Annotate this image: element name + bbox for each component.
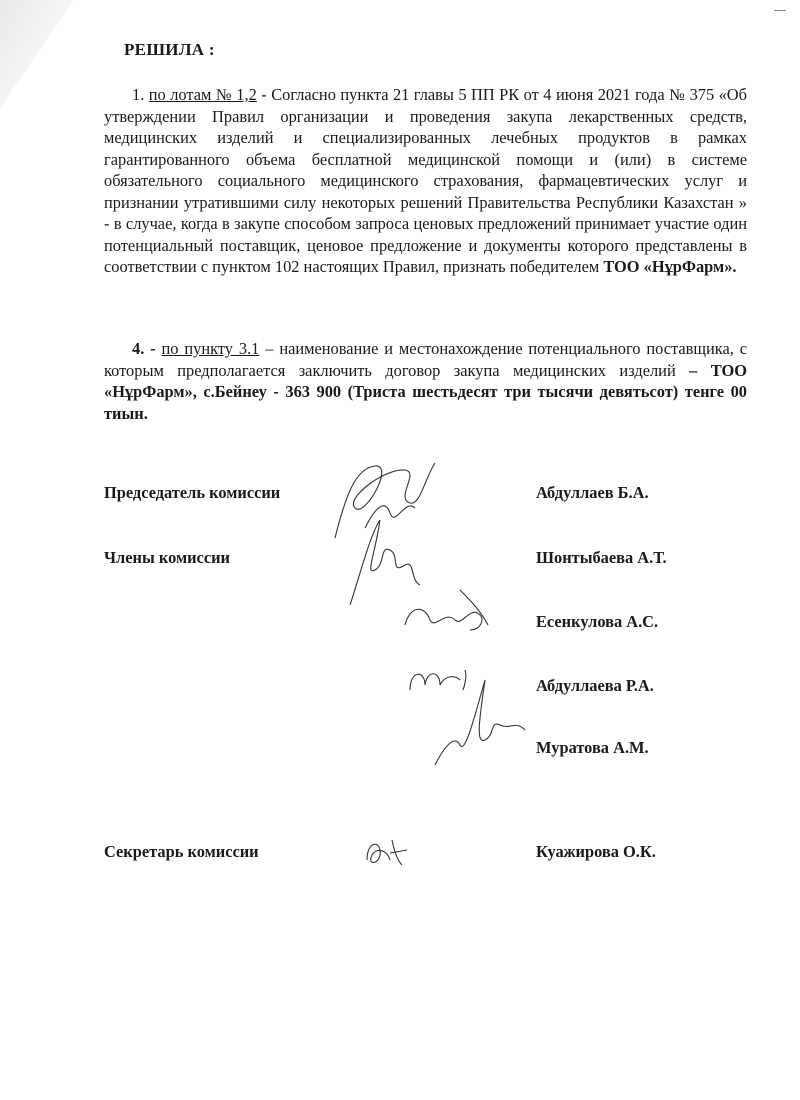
signature-member-4 [430,675,530,770]
item-1-dash: - [257,85,271,104]
name-secretary: Куажирова О.К. [536,842,656,862]
scan-corner-fold [0,0,74,108]
lot-reference: по лотам № 1,2 [149,85,257,104]
name-member-3: Абдуллаева Р.А. [536,676,654,696]
name-member-1: Шонтыбаева А.Т. [536,548,667,568]
decision-heading: РЕШИЛА : [124,40,215,60]
decision-item-1: 1. по лотам № 1,2 - Согласно пункта 21 г… [104,84,747,278]
signature-member-2 [400,585,490,635]
name-chairman: Абдуллаев Б.А. [536,483,649,503]
decision-item-4: 4. - по пункту 3.1 – наименование и мест… [104,338,747,424]
role-members: Члены комиссии [104,548,230,568]
name-member-4: Муратова А.М. [536,738,649,758]
item-4-number: 4. - [132,339,156,358]
role-secretary: Секретарь комиссии [104,842,259,862]
signature-secretary [362,835,412,870]
point-reference: по пункту 3.1 [162,339,260,358]
role-chairman: Председатель комиссии [104,483,280,503]
item-1-text: Согласно пункта 21 главы 5 ПП РК от 4 ию… [104,85,747,276]
item-1-number: 1. [132,85,144,104]
name-member-2: Есенкулова А.С. [536,612,658,632]
winner-name: ТОО «НұрФарм». [603,257,736,276]
scan-corner-mark [774,10,786,11]
